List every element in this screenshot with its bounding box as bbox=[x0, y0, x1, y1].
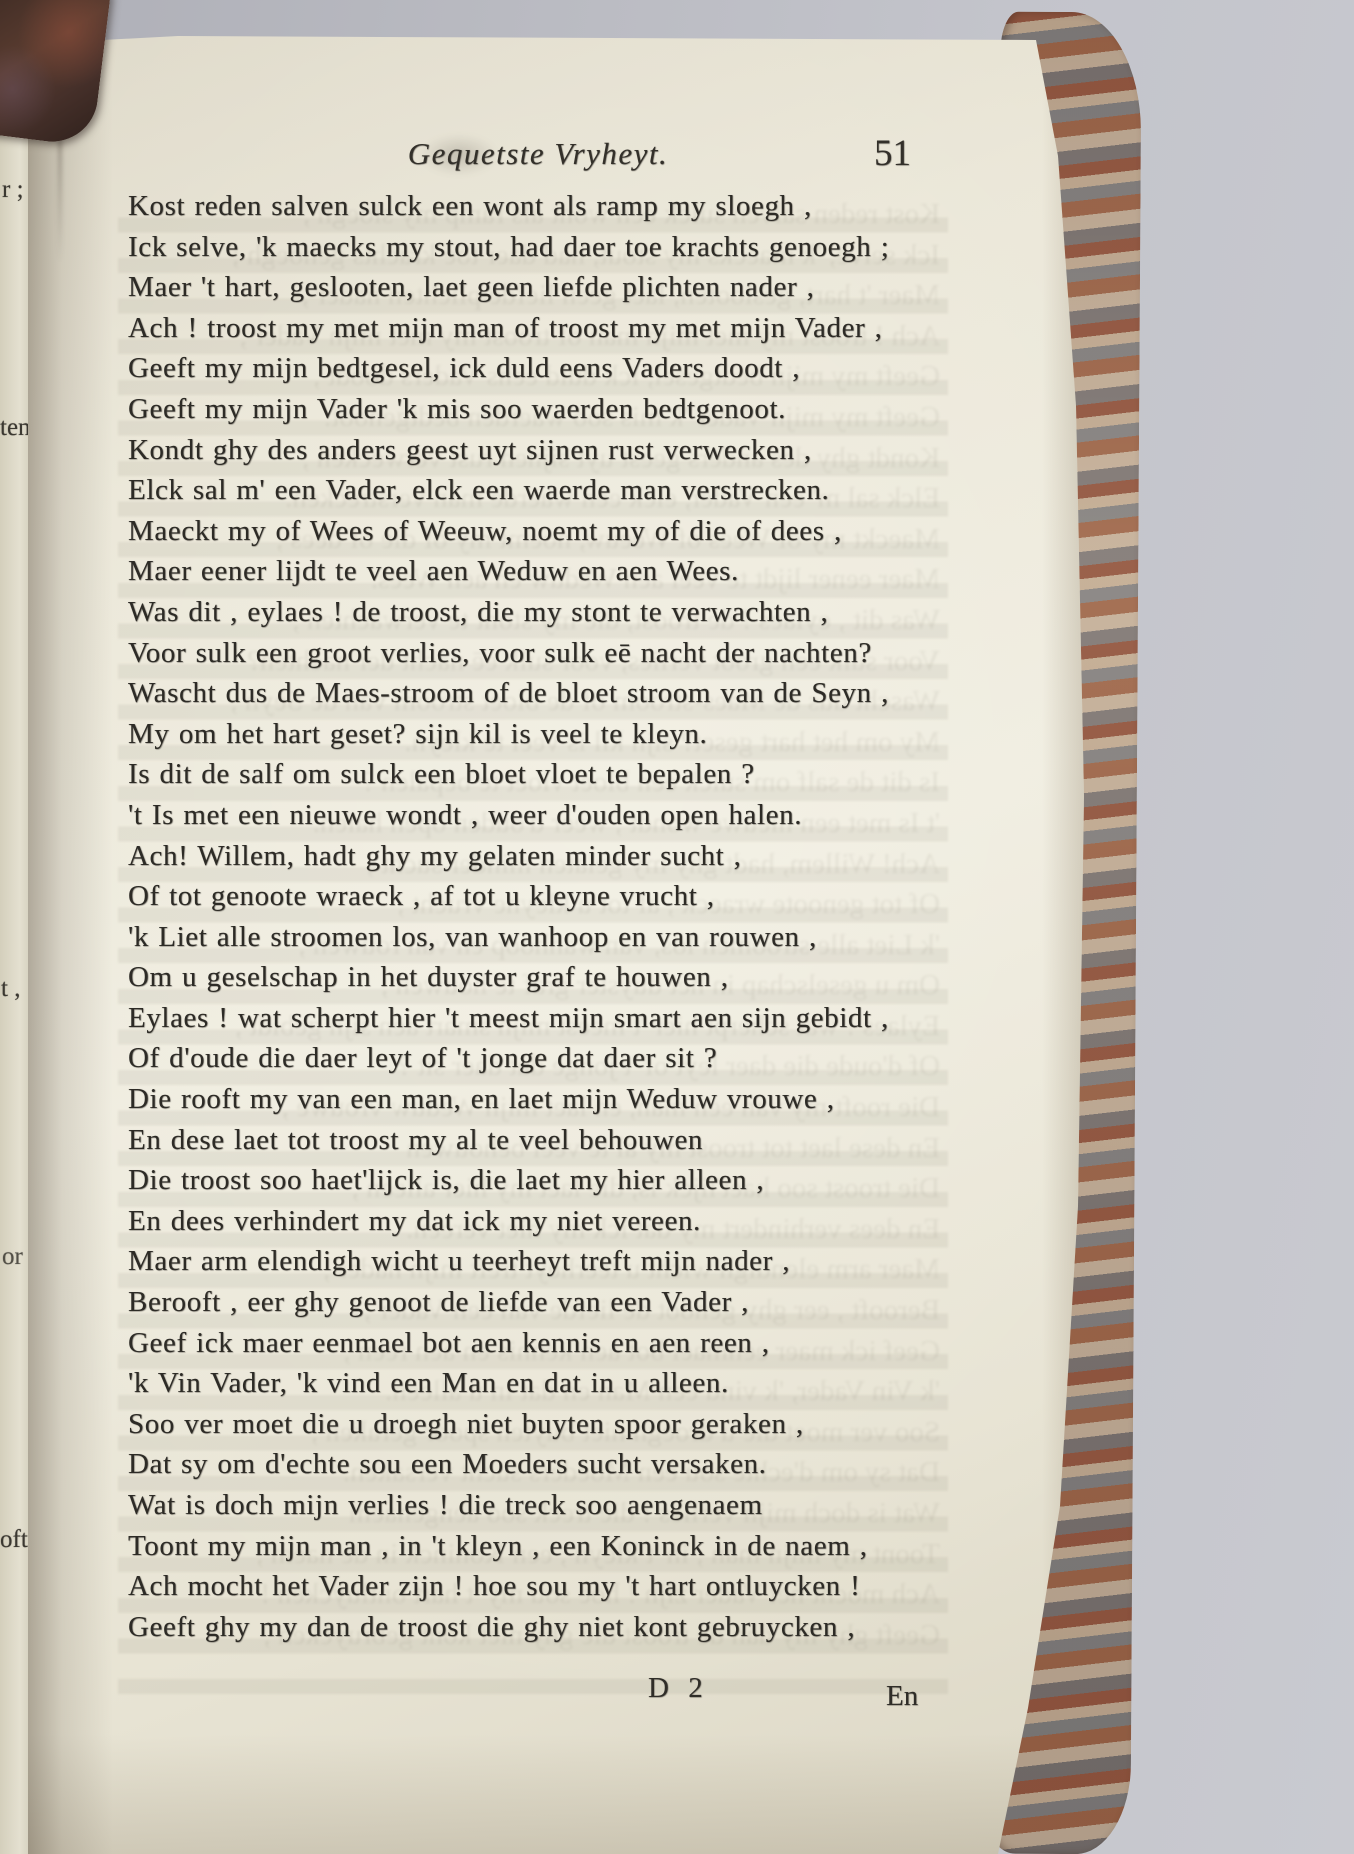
poem-line: Ach mocht het Vader zijn ! hoe sou my 't… bbox=[128, 1566, 958, 1607]
poem-line: Ick selve, 'k maecks my stout, had daer … bbox=[128, 227, 958, 268]
edge-text-fragment: r ; bbox=[2, 176, 24, 204]
poem-line: Ach ! troost my met mijn man of troost m… bbox=[128, 308, 958, 349]
poem-line: En dese laet tot troost my al te veel be… bbox=[128, 1120, 958, 1161]
poem-line: Maeckt my of Wees of Weeuw, noemt my of … bbox=[128, 511, 958, 552]
book-photo: r ; ten) t , or , oft Kost reden salven … bbox=[0, 0, 1354, 1854]
poem-line: 'k Vin Vader, 'k vind een Man en dat in … bbox=[128, 1363, 958, 1404]
poem-line: Maer arm elendigh wicht u teerheyt treft… bbox=[128, 1241, 958, 1282]
poem-line: Die rooft my van een man, en laet mijn W… bbox=[128, 1079, 958, 1120]
poem-line: 't Is met een nieuwe wondt , weer d'oude… bbox=[128, 795, 958, 836]
poem-line: En dees verhindert my dat ick my niet ve… bbox=[128, 1201, 958, 1242]
poem-line: Was dit , eylaes ! de troost, die my sto… bbox=[128, 592, 958, 633]
book-page: Kost reden salven sulck een wont als ram… bbox=[28, 36, 1088, 1854]
edge-text-fragment: oft bbox=[0, 1526, 28, 1554]
poem-line: Maer eener lijdt te veel aen Weduw en ae… bbox=[128, 551, 958, 592]
poem: Kost reden salven sulck een wont als ram… bbox=[128, 186, 958, 1647]
poem-line: Geef ick maer eenmael bot aen kennis en … bbox=[128, 1323, 958, 1364]
poem-line: Wascht dus de Maes-stroom of de bloet st… bbox=[128, 673, 958, 714]
poem-line: Voor sulk een groot verlies, voor sulk e… bbox=[128, 633, 958, 674]
poem-line: Kost reden salven sulck een wont als ram… bbox=[128, 186, 958, 227]
poem-line: Elck sal m' een Vader, elck een waerde m… bbox=[128, 470, 958, 511]
poem-line: Soo ver moet die u droegh niet buyten sp… bbox=[128, 1404, 958, 1445]
poem-line: Of d'oude die daer leyt of 't jonge dat … bbox=[128, 1038, 958, 1079]
poem-line: 'k Liet alle stroomen los, van wanhoop e… bbox=[128, 917, 958, 958]
poem-line: Die troost soo haet'lijck is, die laet m… bbox=[128, 1160, 958, 1201]
page-number: 51 bbox=[874, 132, 911, 175]
signature-mark: D 2 bbox=[648, 1672, 709, 1705]
poem-line: Geeft my mijn bedtgesel, ick duld eens V… bbox=[128, 348, 958, 389]
page-title: Gequetste Vryheyt. bbox=[278, 136, 798, 172]
poem-line: Toont my mijn man , in 't kleyn , een Ko… bbox=[128, 1526, 958, 1567]
poem-line: Dat sy om d'echte sou een Moeders sucht … bbox=[128, 1444, 958, 1485]
poem-line: Of tot genoote wraeck , af tot u kleyne … bbox=[128, 876, 958, 917]
poem-line: Maer 't hart, geslooten, laet geen liefd… bbox=[128, 267, 958, 308]
poem-line: Berooft , eer ghy genoot de liefde van e… bbox=[128, 1282, 958, 1323]
poem-line: Wat is doch mijn verlies ! die treck soo… bbox=[128, 1485, 958, 1526]
poem-line: My om het hart geset? sijn kil is veel t… bbox=[128, 714, 958, 755]
catchword: En bbox=[886, 1680, 918, 1713]
edge-text-fragment: t , bbox=[1, 975, 20, 1003]
poem-line: Geeft ghy my dan de troost die ghy niet … bbox=[128, 1607, 958, 1648]
poem-line: Is dit de salf om sulck een bloet vloet … bbox=[128, 754, 958, 795]
poem-line: Geeft my mijn Vader 'k mis soo waerden b… bbox=[128, 389, 958, 430]
poem-line: Kondt ghy des anders geest uyt sijnen ru… bbox=[128, 430, 958, 471]
poem-line: Om u geselschap in het duyster graf te h… bbox=[128, 957, 958, 998]
poem-line: Eylaes ! wat scherpt hier 't meest mijn … bbox=[128, 998, 958, 1039]
poem-line: Ach! Willem, hadt ghy my gelaten minder … bbox=[128, 836, 958, 877]
